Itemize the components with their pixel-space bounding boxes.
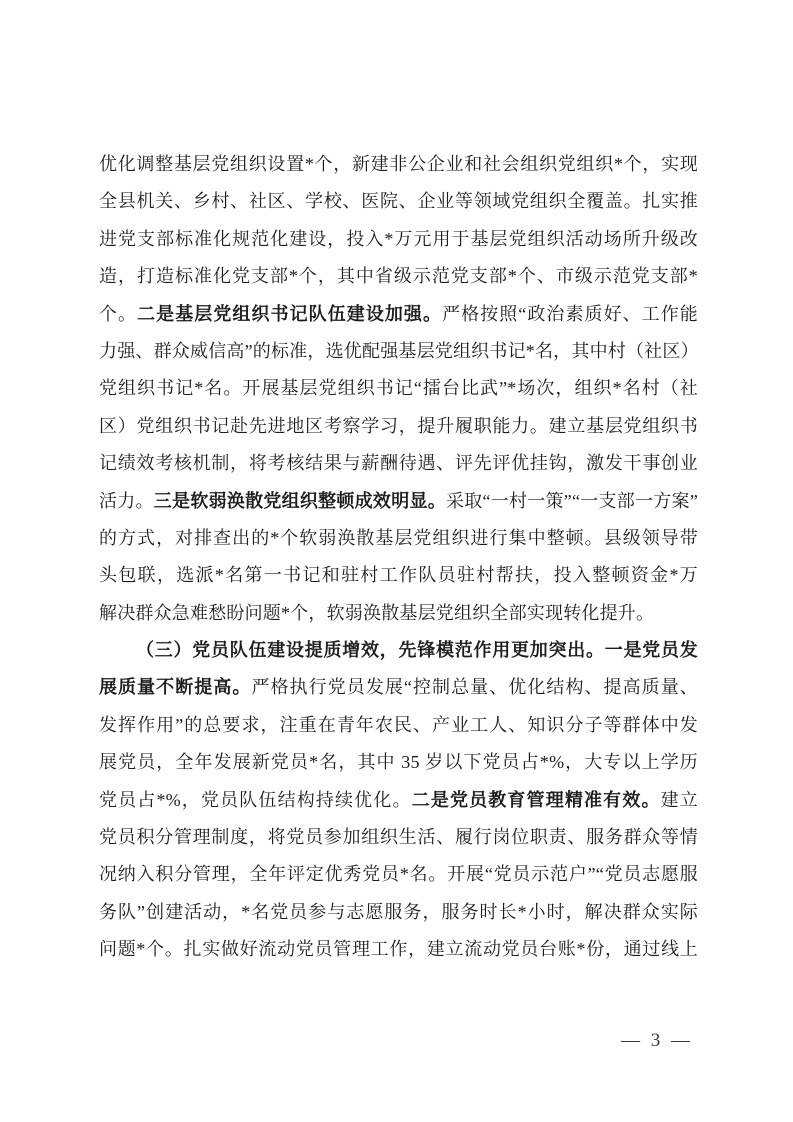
text-segment-body: 的方式，对排查出的*个软弱涣散基层党组织进行集中整顿。县级领导带 xyxy=(99,528,698,548)
text-segment-body: 发挥作用”的总要求，注重在青年农民、产业工人、知识分子等群体中发 xyxy=(99,715,698,735)
document-line: 的方式，对排查出的*个软弱涣散基层党组织进行集中整顿。县级领导带 xyxy=(99,520,698,557)
document-line: 展党员，全年发展新党员*名，其中 35 岁以下党员占*%，大专以上学历 xyxy=(99,744,698,781)
text-segment-bold: （三）党员队伍建设提质增效，先锋模范作用更加突出。 xyxy=(136,640,605,660)
document-line: 展质量不断提高。严格执行党员发展“控制总量、优化结构、提高质量、 xyxy=(99,669,698,706)
text-segment-body: 个。 xyxy=(99,304,137,324)
text-segment-body: 区）党组织书记赴先进地区考察学习，提升履职能力。建立基层党组织书 xyxy=(99,416,698,436)
document-page: 优化调整基层党组织设置*个，新建非公企业和社会组织党组织*个，实现全县机关、乡村… xyxy=(0,0,793,1122)
text-segment-body: 头包联，选派*名第一书记和驻村工作队员驻村帮扶，投入整顿资金*万元， xyxy=(99,565,698,594)
text-segment-body: 活力。 xyxy=(99,491,154,511)
text-segment-body: 采取“一村一策”“一支部一方案” xyxy=(446,491,698,511)
document-line: 造，打造标准化党支部*个，其中省级示范党支部*个、市级示范党支部* xyxy=(99,258,698,295)
document-line: 问题*个。扎实做好流动党员管理工作，建立流动党员台账*份，通过线上 xyxy=(99,931,698,968)
document-line: 区）党组织书记赴先进地区考察学习，提升履职能力。建立基层党组织书 xyxy=(99,408,698,445)
text-segment-body: 优化调整基层党组织设置*个，新建非公企业和社会组织党组织*个，实现 xyxy=(99,154,698,174)
document-line: 务队”创建活动，*名党员参与志愿服务，服务时长*小时，解决群众实际 xyxy=(99,894,698,931)
text-segment-body: 造，打造标准化党支部*个，其中省级示范党支部*个、市级示范党支部* xyxy=(99,266,698,286)
document-line: 全县机关、乡村、社区、学校、医院、企业等领域党组织全覆盖。扎实推 xyxy=(99,183,698,220)
text-block: 优化调整基层党组织设置*个，新建非公企业和社会组织党组织*个，实现全县机关、乡村… xyxy=(99,146,698,969)
document-line: 优化调整基层党组织设置*个，新建非公企业和社会组织党组织*个，实现 xyxy=(99,146,698,183)
text-segment-body: 记绩效考核机制，将考核结果与薪酬待遇、评先评优挂钩，激发干事创业 xyxy=(99,453,698,473)
text-segment-body: 解决群众急难愁盼问题*个，软弱涣散基层党组织全部实现转化提升。 xyxy=(99,603,654,623)
text-segment-body: 全县机关、乡村、社区、学校、医院、企业等领域党组织全覆盖。扎实推 xyxy=(99,191,698,211)
text-segment-body: 党组织书记*名。开展基层党组织书记“擂台比武”*场次，组织*名村（社 xyxy=(99,378,698,398)
document-line: 力强、群众威信高”的标准，选优配强基层党组织书记*名，其中村（社区） xyxy=(99,333,698,370)
document-line: 党员积分管理制度，将党员参加组织生活、履行岗位职责、服务群众等情 xyxy=(99,819,698,856)
text-segment-body: 况纳入积分管理，全年评定优秀党员*名。开展“党员示范户”“党员志愿服 xyxy=(99,864,698,884)
text-segment-body: 进党支部标准化规范化建设，投入*万元用于基层党组织活动场所升级改 xyxy=(99,229,698,249)
text-segment-body: 务队”创建活动，*名党员参与志愿服务，服务时长*小时，解决群众实际 xyxy=(99,902,698,922)
document-line: 发挥作用”的总要求，注重在青年农民、产业工人、知识分子等群体中发 xyxy=(99,707,698,744)
text-segment-body: 展党员，全年发展新党员*名，其中 35 岁以下党员占*%，大专以上学历 xyxy=(99,752,698,772)
text-segment-kai: 二是党员教育管理精准有效。 xyxy=(412,790,661,810)
document-line: 活力。三是软弱涣散党组织整顿成效明显。采取“一村一策”“一支部一方案” xyxy=(99,483,698,520)
text-segment-body: 建立 xyxy=(661,790,698,810)
page-number: — 3 — xyxy=(621,1030,693,1052)
document-line: 记绩效考核机制，将考核结果与薪酬待遇、评先评优挂钩，激发干事创业 xyxy=(99,445,698,482)
document-line: 解决群众急难愁盼问题*个，软弱涣散基层党组织全部实现转化提升。 xyxy=(99,595,698,632)
text-segment-body: 力强、群众威信高”的标准，选优配强基层党组织书记*名，其中村（社区） xyxy=(99,341,698,361)
document-line: 党员占*%，党员队伍结构持续优化。二是党员教育管理精准有效。建立 xyxy=(99,782,698,819)
text-segment-body: 党员占*%，党员队伍结构持续优化。 xyxy=(99,790,412,810)
document-line: 进党支部标准化规范化建设，投入*万元用于基层党组织活动场所升级改 xyxy=(99,221,698,258)
text-segment-body: 严格按照“政治素质好、工作能 xyxy=(442,304,698,324)
document-line: （三）党员队伍建设提质增效，先锋模范作用更加突出。一是党员发 xyxy=(99,632,698,669)
document-line: 党组织书记*名。开展基层党组织书记“擂台比武”*场次，组织*名村（社 xyxy=(99,370,698,407)
text-segment-kai: 展质量不断提高。 xyxy=(99,677,251,697)
text-segment-kai: 三是软弱涣散党组织整顿成效明显。 xyxy=(154,491,446,511)
text-segment-body: 党员积分管理制度，将党员参加组织生活、履行岗位职责、服务群众等情 xyxy=(99,827,698,847)
document-line: 况纳入积分管理，全年评定优秀党员*名。开展“党员示范户”“党员志愿服 xyxy=(99,856,698,893)
text-segment-body: 问题*个。扎实做好流动党员管理工作，建立流动党员台账*份，通过线上 xyxy=(99,939,698,959)
text-segment-kai: 二是基层党组织书记队伍建设加强。 xyxy=(137,304,442,324)
text-segment-kai: 一是党员发 xyxy=(605,640,698,660)
document-line: 个。二是基层党组织书记队伍建设加强。严格按照“政治素质好、工作能 xyxy=(99,296,698,333)
text-segment-body: 严格执行党员发展“控制总量、优化结构、提高质量、 xyxy=(251,677,698,697)
document-line: 头包联，选派*名第一书记和驻村工作队员驻村帮扶，投入整顿资金*万元， xyxy=(99,557,698,594)
